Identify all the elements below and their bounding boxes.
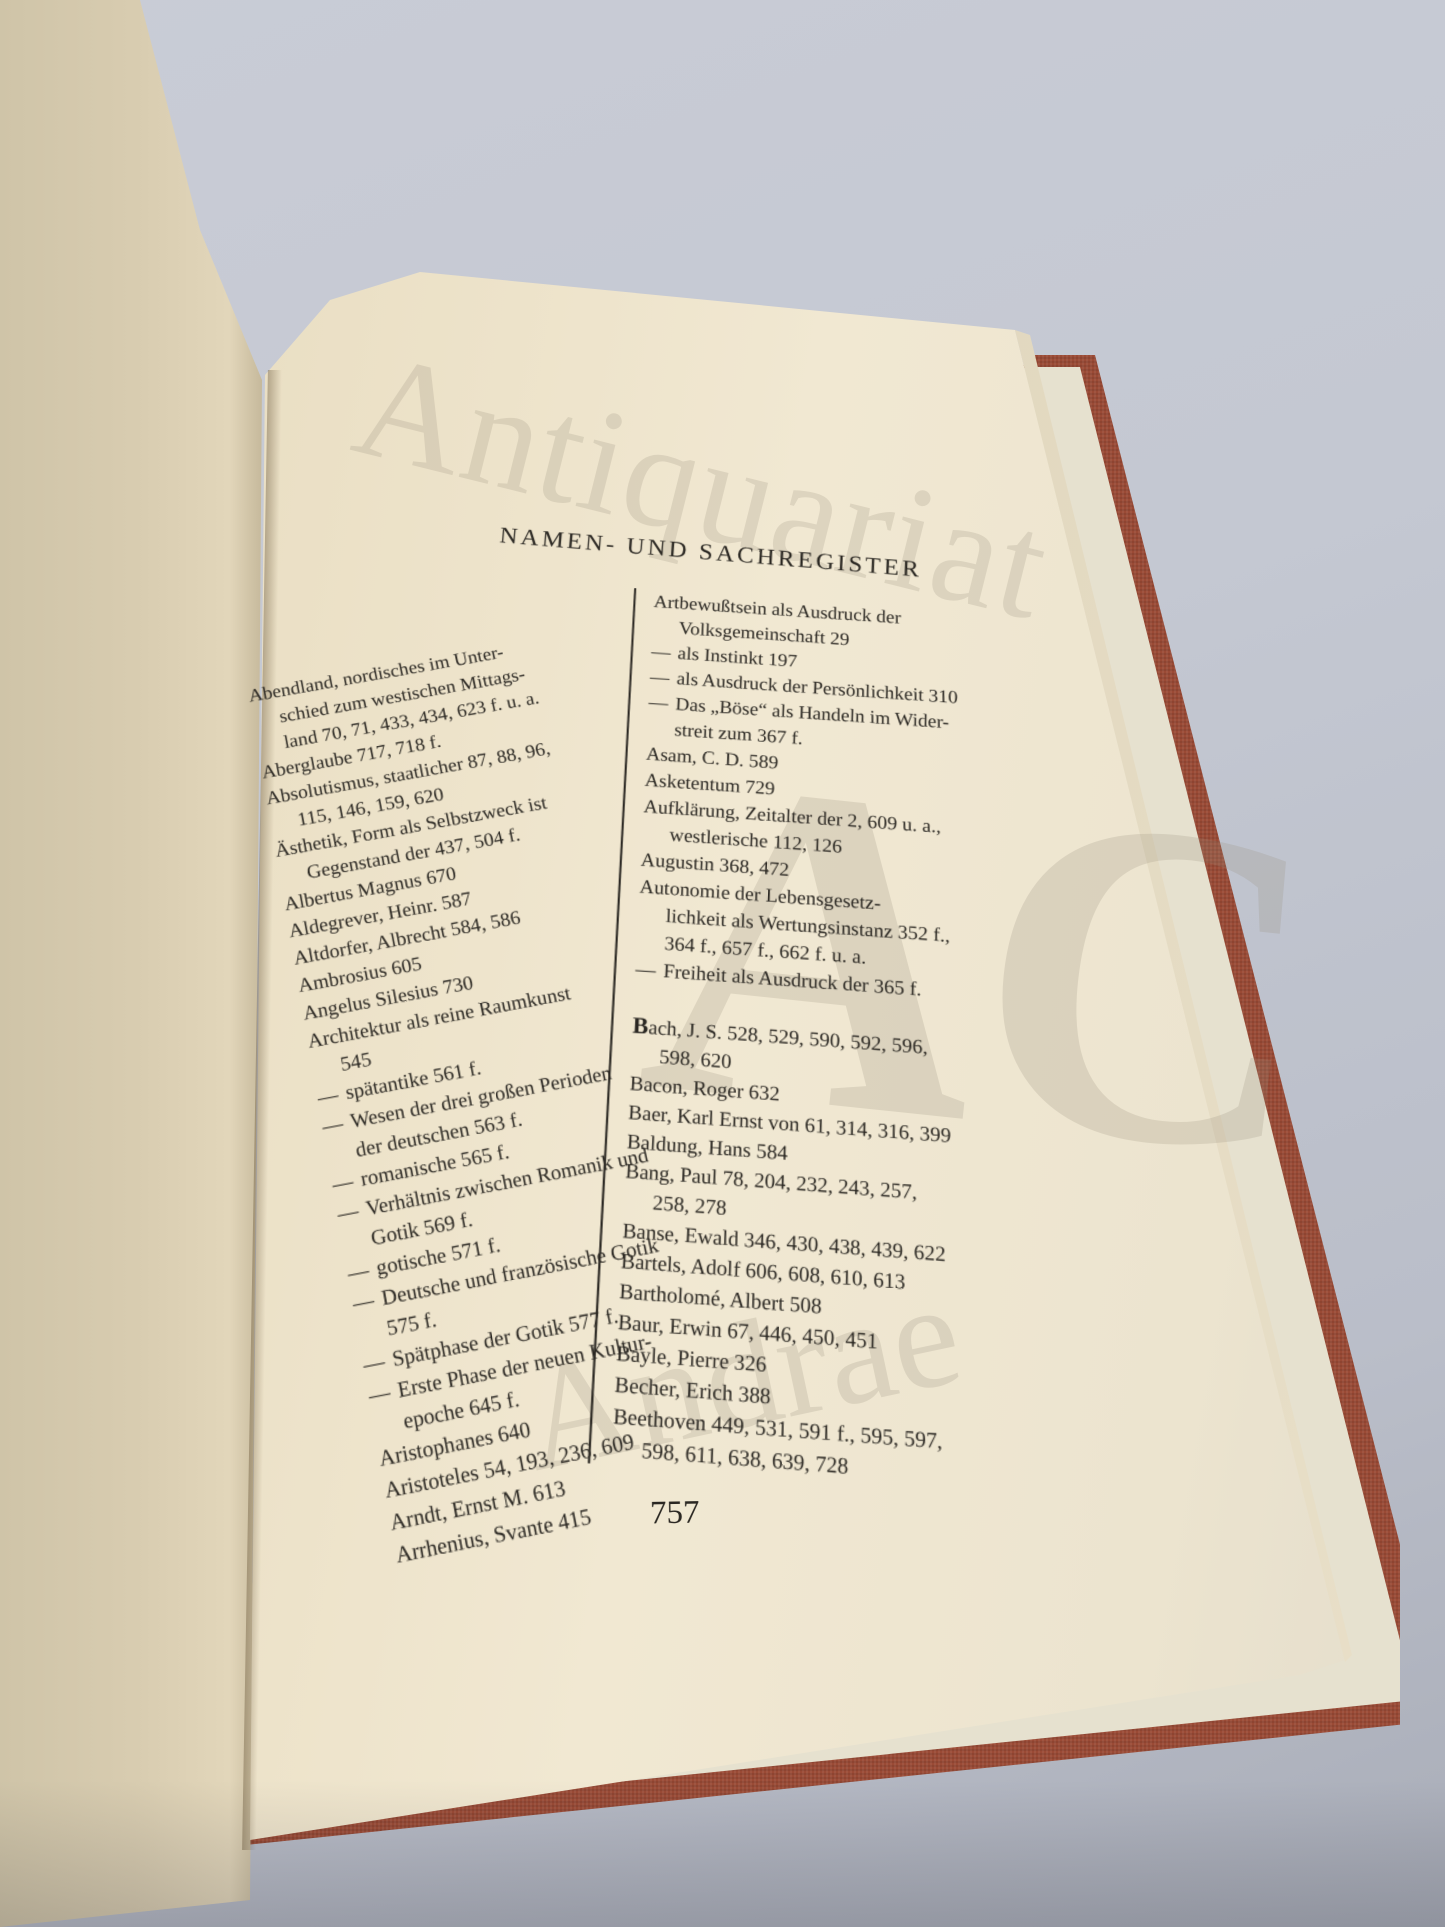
page-content: NAMEN- UND SACHREGISTER Abendland, nordi… [250, 540, 1150, 1580]
page-number: 757 [650, 1495, 700, 1533]
index-columns: Abendland, nordisches im Unter-schied zu… [196, 581, 1187, 1478]
subentry-dash: — [649, 664, 677, 691]
subentry-dash: — [648, 690, 676, 717]
subentry-dash: — [635, 956, 664, 986]
table-shadow [0, 1780, 1445, 1927]
index-column-right: Artbewußtsein als Ausdruck derVolksgemei… [588, 588, 1120, 1504]
subentry-dash: — [651, 639, 679, 666]
letter-initial: B [632, 1012, 649, 1039]
index-textblock: NAMEN- UND SACHREGISTER Abendland, nordi… [196, 532, 1187, 1478]
